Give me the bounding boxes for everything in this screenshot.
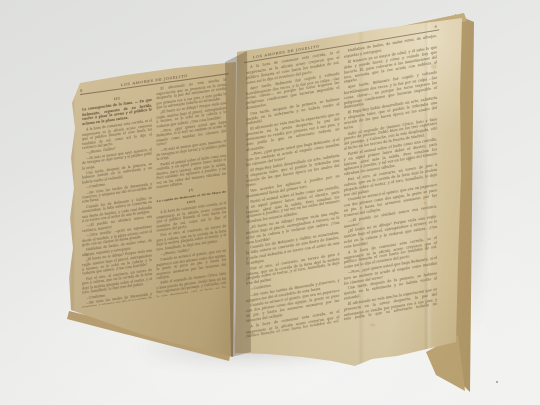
text-column-right-1: Á la hora de comenzar esta corrida, ni e…: [244, 50, 342, 338]
text-columns-right: Á la hora de comenzar esta corrida, ni e…: [244, 34, 439, 338]
text-column-left-2: El aficionado no veía mucha la expectaci…: [154, 78, 228, 298]
foxing-spot: [424, 202, 426, 204]
paper-speck: [86, 254, 88, 256]
text-column-left-1: IIILa consagración de la fama. — En que …: [80, 88, 154, 308]
text-column-right-2: Hablaban de bailes, de malas rutas, de a…: [342, 34, 440, 322]
page-number-right: 9: [434, 23, 439, 29]
foxing-spot: [431, 64, 437, 69]
left-page-content: 8 LOS AMORES DE JOSELITO IIILa consagrac…: [80, 67, 229, 308]
foxing-spot: [370, 324, 375, 326]
dust-speck: [496, 381, 498, 383]
foxing-spot: [408, 158, 411, 161]
photo-backdrop: 8 LOS AMORES DE JOSELITO IIILa consagrac…: [0, 0, 540, 405]
right-page-content: LOS AMORES DE JOSELITO 9 Á la hora de co…: [244, 23, 439, 338]
foxing-spot: [318, 284, 320, 286]
text-columns-left: IIILa consagración de la fama. — En que …: [80, 78, 229, 309]
right-page: LOS AMORES DE JOSELITO 9 Á la hora de co…: [222, 6, 474, 398]
header-spacer: [217, 71, 229, 73]
